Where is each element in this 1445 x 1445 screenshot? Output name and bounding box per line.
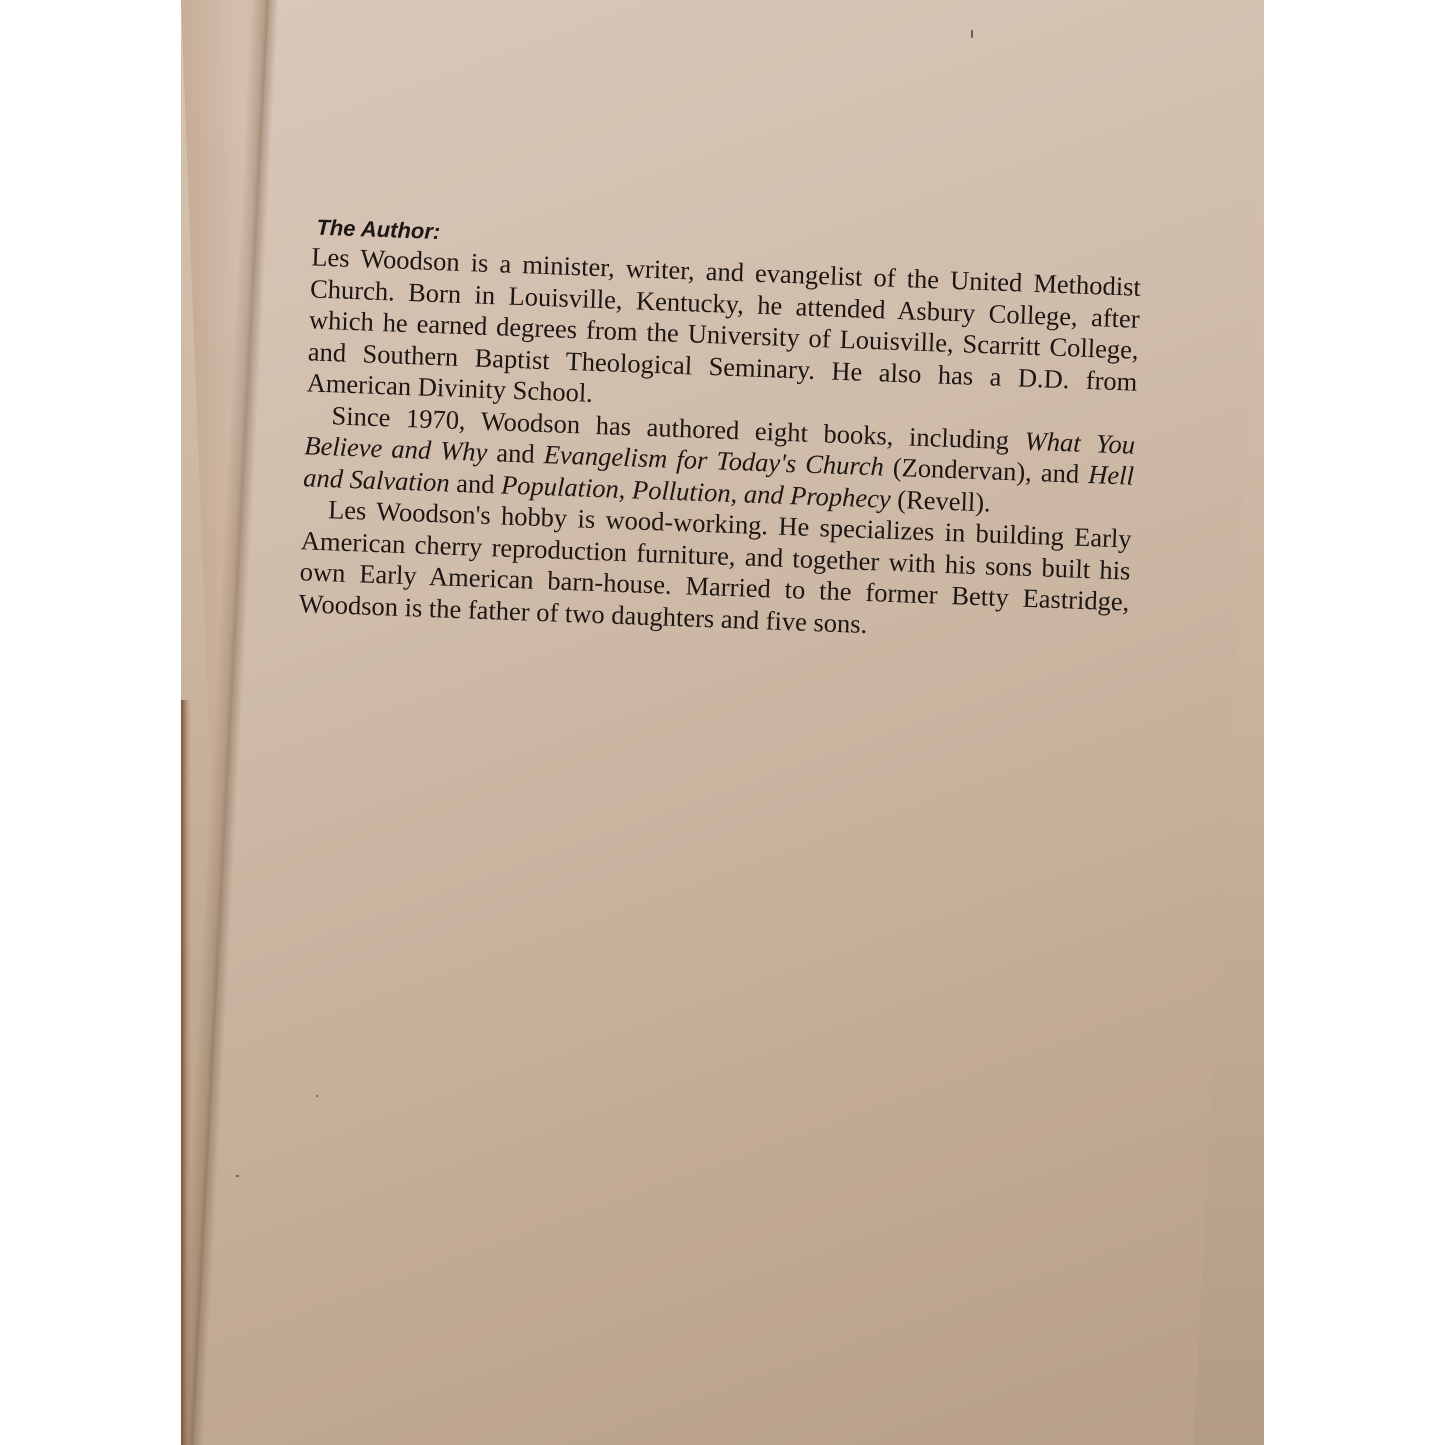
text-segment: Les Woodson is a minister, writer, and e… [306,241,1141,407]
text-segment: and [487,437,545,469]
paper-speck [236,1175,239,1177]
text-segment: (Revell). [890,483,991,517]
book-photo: The Author: Les Woodson is a minister, w… [181,0,1264,1445]
text-segment: and [449,467,502,499]
paper-speck [316,1095,318,1097]
author-bio: The Author: Les Woodson is a minister, w… [258,212,1152,650]
bio-paragraph-1: Les Woodson is a minister, writer, and e… [306,241,1141,429]
paper-speck [971,30,973,38]
page-edge-shadow [181,700,191,1445]
